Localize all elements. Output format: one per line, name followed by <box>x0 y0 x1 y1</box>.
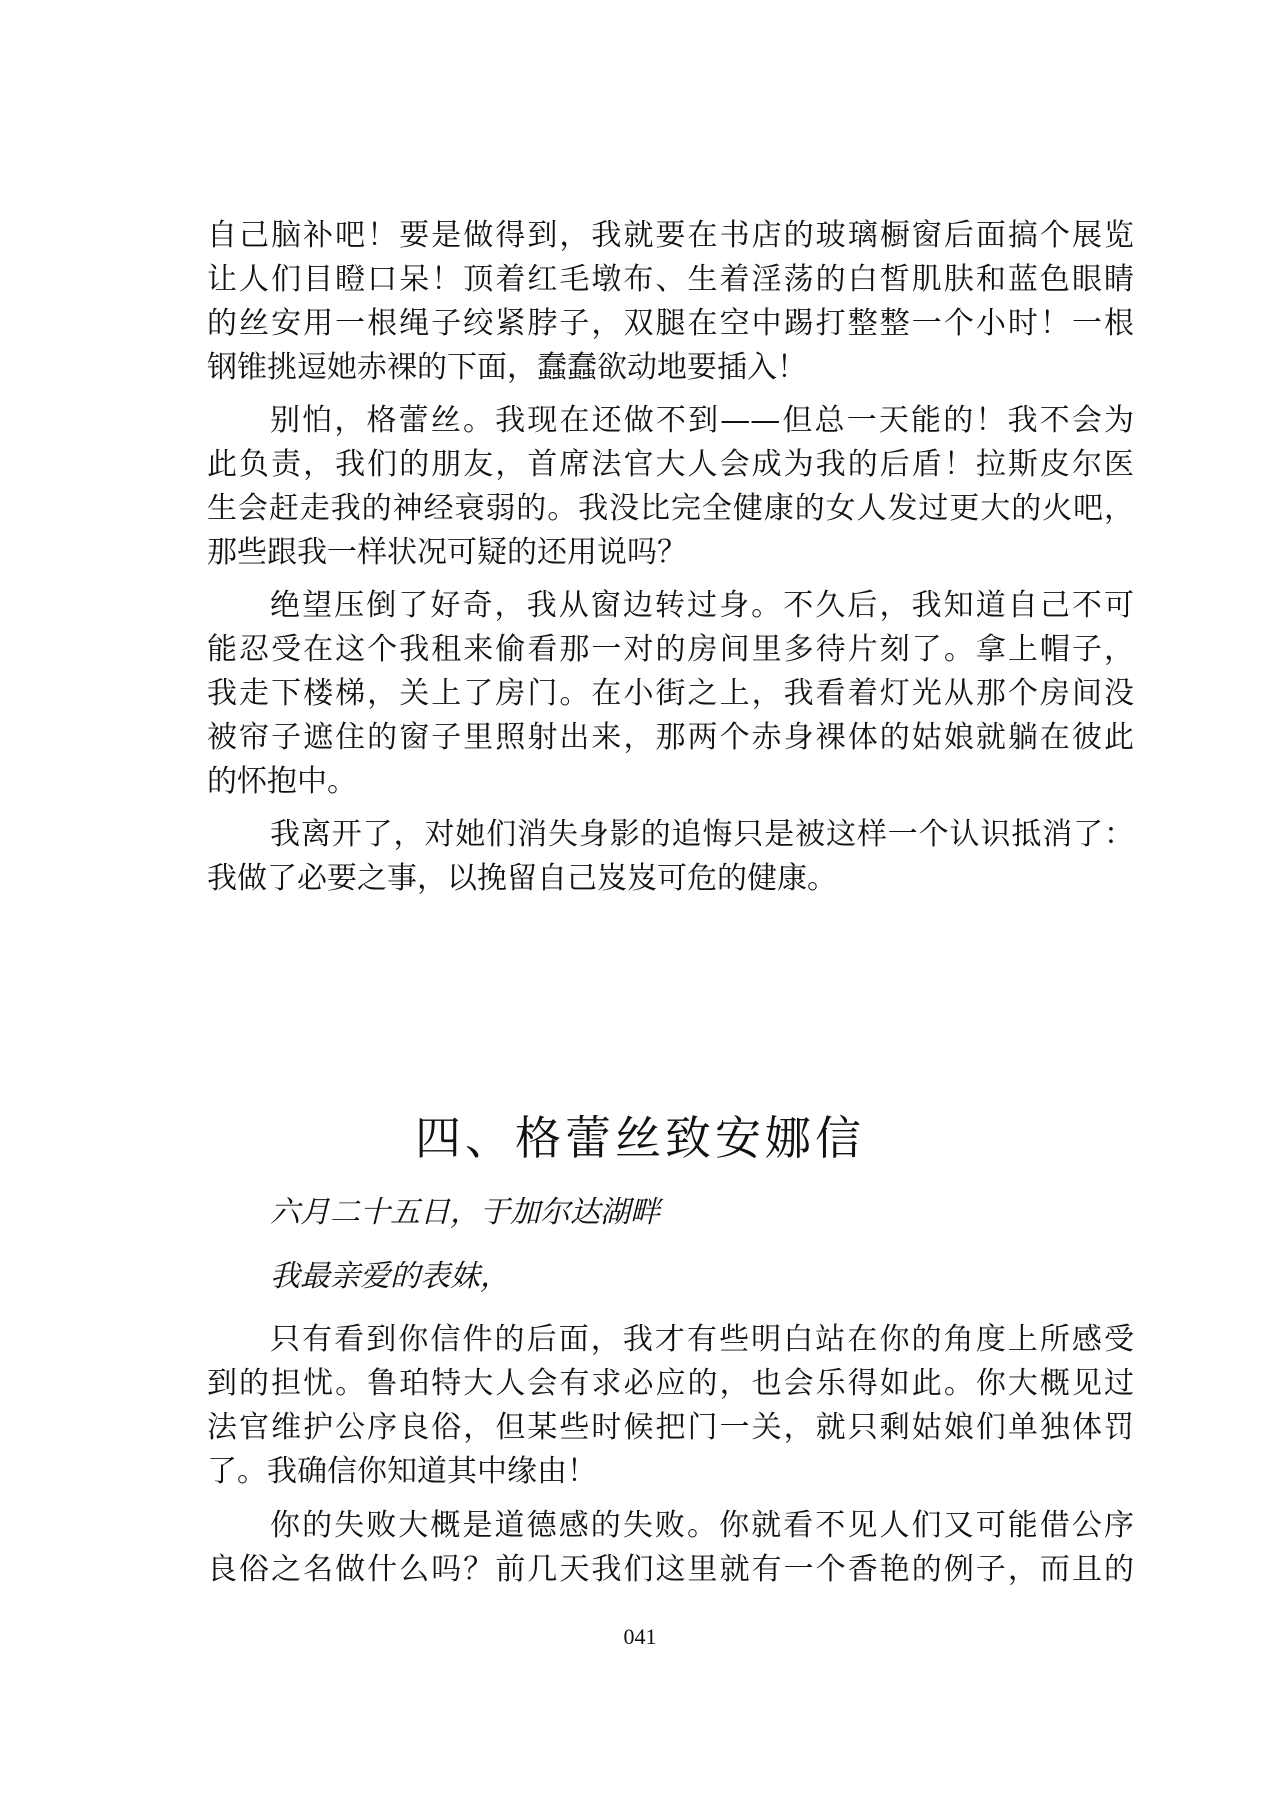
text-line: 此负责，我们的朋友，首席法官大人会成为我的后盾！拉斯皮尔医 <box>207 443 1134 487</box>
document-page: 自己脑补吧！要是做得到，我就要在书店的玻璃橱窗后面搞个展览 让人们目瞪口呆！顶着… <box>0 0 1280 1816</box>
text-line: 的丝安用一根绳子绞紧脖子，双腿在空中踢打整整一个小时！一根 <box>207 302 1134 346</box>
text-line: 让人们目瞪口呆！顶着红毛墩布、生着淫荡的白皙肌肤和蓝色眼睛 <box>207 258 1134 302</box>
letter-dateline: 六月二十五日，于加尔达湖畔 <box>270 1191 1134 1235</box>
text-line: 只有看到你信件的后面，我才有些明白站在你的角度上所感受 <box>270 1318 1134 1362</box>
text-line: 法官维护公序良俗，但某些时候把门一关，就只剩姑娘们单独体罚 <box>207 1406 1134 1450</box>
text-line: 能忍受在这个我租来偷看那一对的房间里多待片刻了。拿上帽子， <box>207 628 1134 672</box>
text-line: 到的担忧。鲁珀特大人会有求必应的，也会乐得如此。你大概见过 <box>207 1362 1134 1406</box>
text-line: 我做了必要之事，以挽留自己岌岌可危的健康。 <box>207 857 1134 901</box>
text-line: 你的失败大概是道德感的失败。你就看不见人们又可能借公序 <box>270 1504 1134 1548</box>
text-line: 钢锥挑逗她赤裸的下面，蠢蠢欲动地要插入！ <box>207 346 1134 390</box>
text-line: 我走下楼梯，关上了房门。在小街之上，我看着灯光从那个房间没 <box>207 672 1134 716</box>
text-line: 生会赶走我的神经衰弱的。我没比完全健康的女人发过更大的火吧， <box>207 487 1134 531</box>
text-line: 良俗之名做什么吗？前几天我们这里就有一个香艳的例子，而且的 <box>207 1548 1134 1592</box>
text-line: 自己脑补吧！要是做得到，我就要在书店的玻璃橱窗后面搞个展览 <box>207 214 1134 258</box>
text-line: 绝望压倒了好奇，我从窗边转过身。不久后，我知道自己不可 <box>270 584 1134 628</box>
page-number: 041 <box>0 1622 1280 1652</box>
text-line: 那些跟我一样状况可疑的还用说吗？ <box>207 531 1134 575</box>
chapter-heading: 四、格蕾丝致安娜信 <box>0 1110 1280 1166</box>
text-line: 我离开了，对她们消失身影的追悔只是被这样一个认识抵消了： <box>270 813 1134 857</box>
text-line: 的怀抱中。 <box>207 760 1134 804</box>
text-line: 了。我确信你知道其中缘由！ <box>207 1450 1134 1494</box>
text-line: 别怕，格蕾丝。我现在还做不到——但总一天能的！我不会为 <box>270 399 1134 443</box>
text-line: 被帘子遮住的窗子里照射出来，那两个赤身裸体的姑娘就躺在彼此 <box>207 716 1134 760</box>
letter-salutation: 我最亲爱的表妹， <box>270 1255 1134 1299</box>
